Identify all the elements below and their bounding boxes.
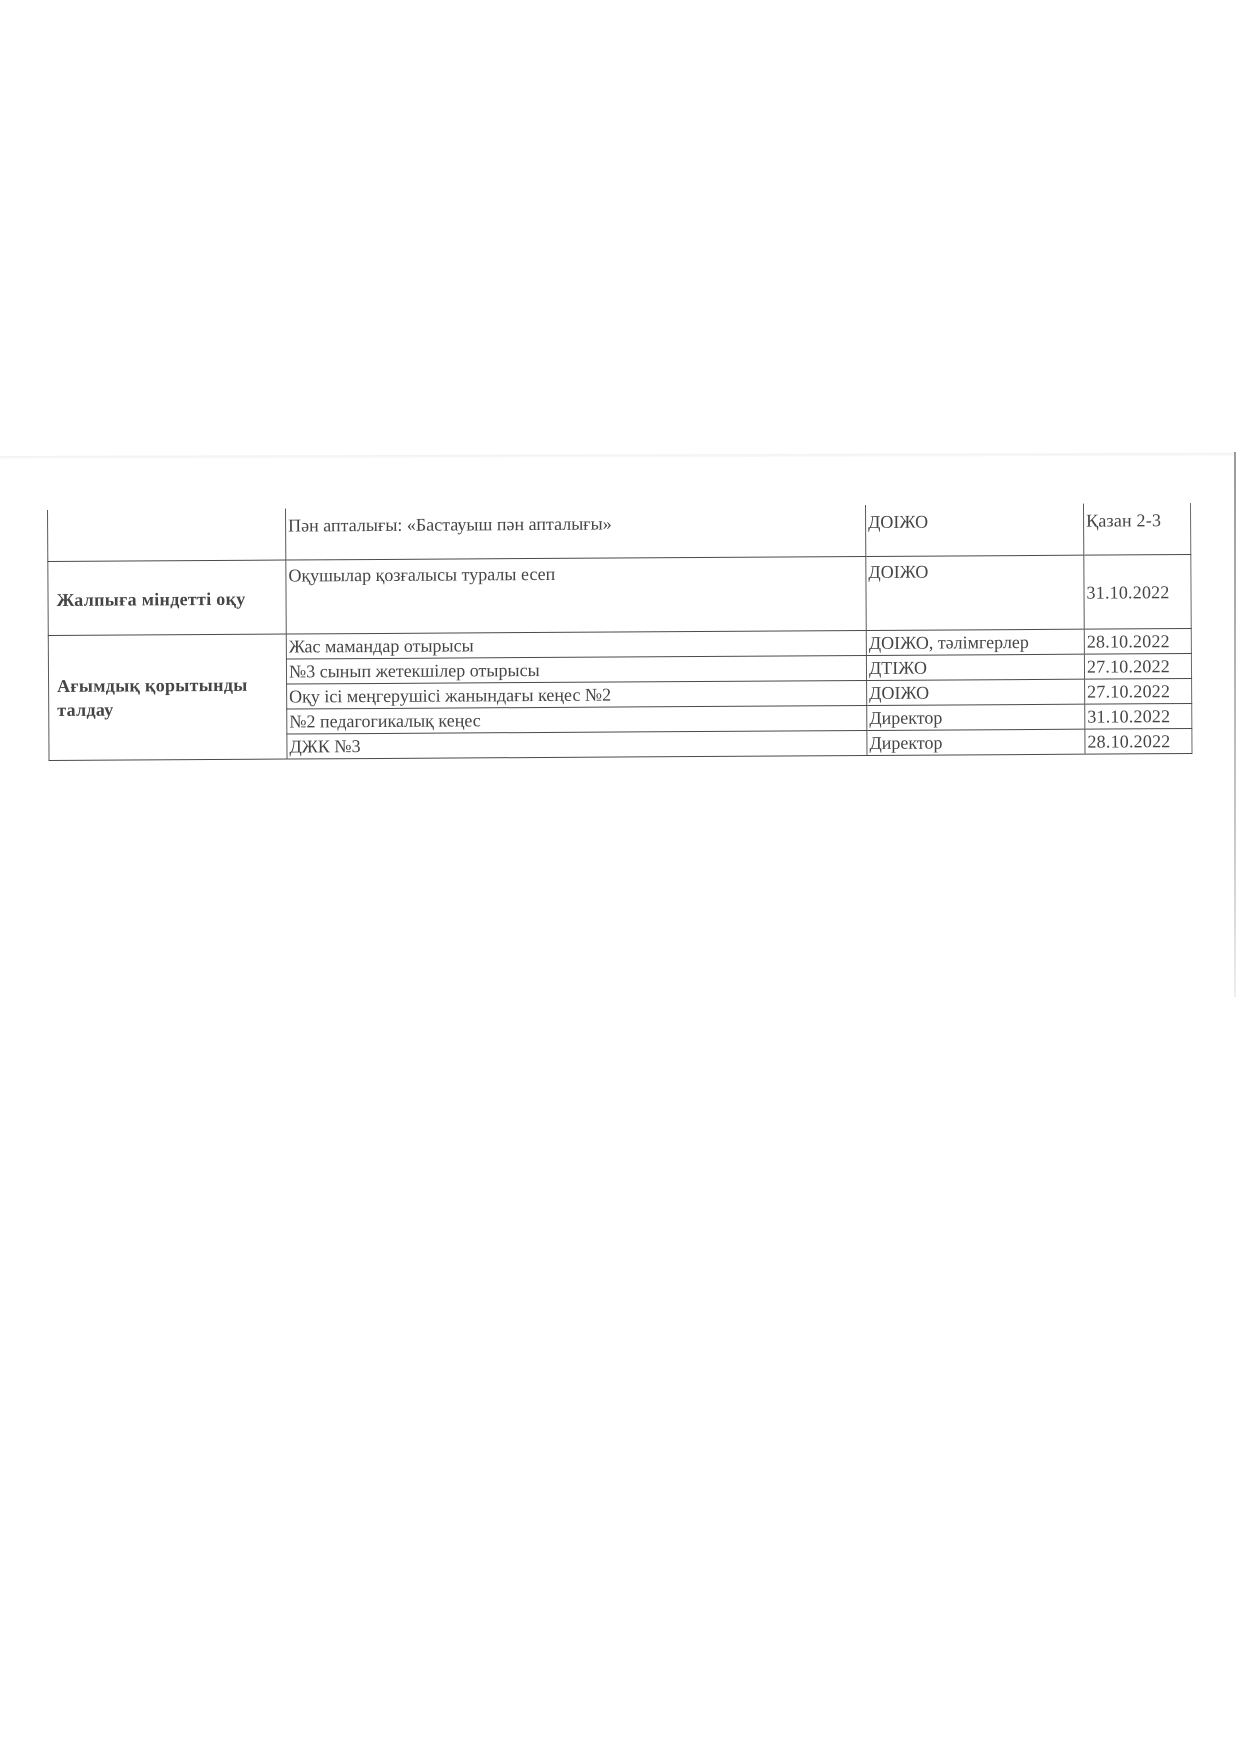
date-cell: 28.10.2022 [1084, 629, 1191, 655]
event-cell: №3 сынып жетекшілер отырысы [286, 655, 866, 684]
responsible-cell: ДОІЖО, тәлімгерлер [866, 629, 1084, 655]
scan-edge-right [1234, 452, 1236, 997]
event-cell: Оқу ісі меңгерушісі жанындағы кеңес №2 [287, 680, 867, 709]
responsible-cell: ДОІЖО [866, 555, 1084, 630]
scan-edge-top [0, 453, 1236, 459]
responsible-cell: Директор [867, 704, 1085, 730]
event-cell: Жас мамандар отырысы [286, 630, 866, 659]
event-cell: Пән апталығы: «Бастауыш пән апталығы» [285, 505, 865, 560]
responsible-cell: ДТІЖО [866, 654, 1084, 680]
date-cell: 27.10.2022 [1085, 679, 1192, 705]
event-cell: №2 педагогикалық кеңес [287, 705, 867, 734]
date-cell: 28.10.2022 [1085, 729, 1192, 755]
date-cell: 31.10.2022 [1084, 555, 1191, 630]
table-row: Пән апталығы: «Бастауыш пән апталығы» ДО… [47, 503, 1190, 561]
section-cell: Жалпыға міндетті оқу [48, 560, 286, 635]
date-cell: Қазан 2-3 [1083, 503, 1190, 555]
responsible-cell: ДОІЖО [867, 679, 1085, 705]
responsible-cell: Директор [867, 729, 1085, 755]
section-cell: Ағымдық қорытынды талдау [48, 634, 287, 760]
plan-table: Пән апталығы: «Бастауыш пән апталығы» ДО… [47, 503, 1193, 761]
date-cell: 31.10.2022 [1085, 704, 1192, 730]
event-cell: Оқушылар қозғалысы туралы есеп [286, 556, 866, 634]
table-row: Жалпыға міндетті оқу Оқушылар қозғалысы … [48, 555, 1191, 636]
responsible-cell: ДОІЖО [865, 504, 1083, 557]
date-cell: 27.10.2022 [1084, 654, 1191, 680]
section-cell [47, 509, 285, 562]
document-page: Пән апталығы: «Бастауыш пән апталығы» ДО… [47, 503, 1192, 761]
event-cell: ДЖК №3 [287, 730, 867, 759]
